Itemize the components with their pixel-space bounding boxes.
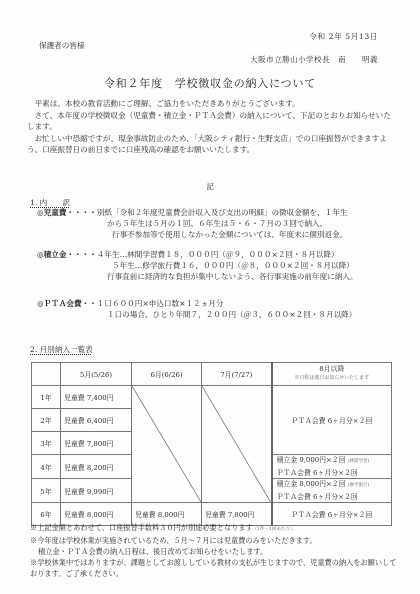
- sender: 大阪市立勝山小学校長 南 明義: [250, 54, 378, 65]
- table-header-row: 5月(5/26) 6月(6/26) 7月(7/27) 8月以降 ※日程は後日お知…: [32, 363, 392, 386]
- grade-cell: 1年: [32, 386, 61, 409]
- item-line: 行事直前に経済的な負担が集中しないよう、各行事実施の前年度に納入。: [107, 271, 358, 283]
- diagonal-slash-icon: [202, 386, 271, 502]
- intro-line-3: お忙しい中恐縮ですが、現金事故防止のため、「大阪シティ銀行・生野支店」での口座振…: [27, 133, 397, 156]
- item-line: １口の場合、ひとり年間７，２００円（＠３，６００×２回・８月以降）: [107, 309, 356, 321]
- item-label: ◎児童費・・・・: [37, 208, 97, 217]
- late-note: (林間学習): [348, 459, 370, 464]
- grade-cell: 2年: [32, 409, 61, 432]
- grade-cell: 5年: [32, 479, 61, 503]
- column-header-august-later: 8月以降 ※日程は後日お知らせいたします: [272, 363, 392, 386]
- late-line: 積立金 8,000円×２回: [277, 480, 346, 488]
- intro-line-1: 平素は、本校の教育活動にご理解、ご協力をいただきありがとうございます。: [27, 98, 397, 110]
- empty-july-cell: [202, 386, 272, 503]
- document-title: 令和２年度 学校徴収金の納入について: [0, 75, 420, 91]
- item-line: 別紙「令和２年度児童費会計収入及び支出の明細」の徴収金額を、１年生: [97, 208, 348, 217]
- ki-marker: 記: [0, 181, 420, 192]
- column-header-june: 6月(6/26): [132, 363, 202, 386]
- item-line: 行事不参加等で使用しなかった金額については、年度末に個別返金。: [112, 229, 347, 241]
- document-date: 令和 2年 5月13日: [309, 31, 378, 42]
- note-2: ※今年度は学校休業が実施されているため、５月～７月には児童費のみをいただきます。: [30, 535, 400, 546]
- notes: ※上記金額とあわせて、口座振替手数料３０円が別途必要となります（1件・1回あたり…: [30, 522, 400, 579]
- note-3: 積立金・ＰＴＡ会費の納入日程は、後日改めてお知らせをいたします。: [30, 546, 400, 557]
- item-savings: ◎積立金・・・・４年生…林間学習費１８，０００円（＠９，０００×２回・８月以降）: [37, 249, 339, 261]
- column-header-july: 7月(7/27): [202, 363, 272, 386]
- monthly-payment-table: 5月(5/26) 6月(6/26) 7月(7/27) 8月以降 ※日程は後日お知…: [31, 362, 392, 526]
- diagonal-slash-icon: [132, 386, 201, 502]
- may-cell: 児童費 8,200円: [61, 455, 132, 479]
- late-line: ＰＴＡ会費 6ヶ月分×２回: [277, 468, 389, 479]
- column-header-may: 5月(5/26): [61, 363, 132, 386]
- item-line: １口６００円×申込口数×１２ヵ月分: [97, 299, 224, 308]
- late-header-note: ※日程は後日お知らせいたします: [276, 374, 389, 383]
- late-line: 積立金 9,000円×２回: [277, 456, 346, 464]
- note-text: ※上記金額とあわせて、口座振替手数料３０円が別途必要となります: [30, 523, 253, 532]
- item-line: ５年生…修学旅行費１６，０００円（＠８，０００×２回・８月以降）: [112, 260, 354, 272]
- grade-cell: 3年: [32, 432, 61, 455]
- late-header-label: 8月以降: [276, 365, 389, 374]
- note-1: ※上記金額とあわせて、口座振替手数料３０円が別途必要となります（1件・1回あたり…: [30, 522, 400, 535]
- item-label: ◎ＰＴＡ会費・・: [37, 299, 97, 308]
- recipient: 保護者の皆様: [39, 40, 85, 51]
- late-cell-grade-5: 積立金 8,000円×２回 (修学旅行) ＰＴＡ会費 6ヶ月分×２回: [272, 479, 392, 503]
- empty-june-cell: [132, 386, 202, 503]
- item-line: から５年生は５月の１回、６年生は５・６・７月の３回で納入。: [107, 218, 327, 230]
- item-pta: ◎ＰＴＡ会費・・１口６００円×申込口数×１２ヵ月分: [37, 298, 223, 310]
- table-row: 1年 児童費 7,400円 ＰＴＡ会費 6ヶ月分×２回: [32, 386, 392, 409]
- may-cell: 児童費 6,400円: [61, 409, 132, 432]
- note-4: ※学校休業中ではありますが、課題としてお渡ししている教材の支払が生じますので、児…: [30, 557, 400, 579]
- item-label: ◎積立金・・・・: [37, 250, 97, 259]
- grade-cell: 4年: [32, 455, 61, 479]
- may-cell: 児童費 7,400円: [61, 386, 132, 409]
- may-cell: 児童費 7,800円: [61, 432, 132, 455]
- note-small: （1件・1回あたり）。: [253, 527, 297, 532]
- item-children-fee-label: ◎児童費・・・・別紙「令和２年度児童費会計収入及び支出の明細」の徴収金額を、１年…: [37, 207, 347, 219]
- column-header: [32, 363, 61, 386]
- may-cell: 児童費 9,990円: [61, 479, 132, 503]
- late-cell-grade-4: 積立金 9,000円×２回 (林間学習) ＰＴＡ会費 6ヶ月分×２回: [272, 455, 392, 479]
- item-line: ４年生…林間学習費１８，０００円（＠９，０００×２回・８月以降）: [97, 250, 339, 259]
- late-cell-grades-1-3: ＰＴＡ会費 6ヶ月分×２回: [272, 386, 392, 455]
- late-line: ＰＴＡ会費 6ヶ月分×２回: [277, 492, 389, 503]
- late-note: (修学旅行): [348, 483, 370, 488]
- intro-line-2: さて、本年度の学校徴収金（児童費・積立金・ＰＴＡ会費）の納入について、下記のとお…: [27, 110, 397, 133]
- intro-text: 平素は、本校の教育活動にご理解、ご協力をいただきありがとうございます。 さて、本…: [27, 98, 397, 156]
- section-2-heading: 2. 月別納入一覧表: [30, 344, 93, 355]
